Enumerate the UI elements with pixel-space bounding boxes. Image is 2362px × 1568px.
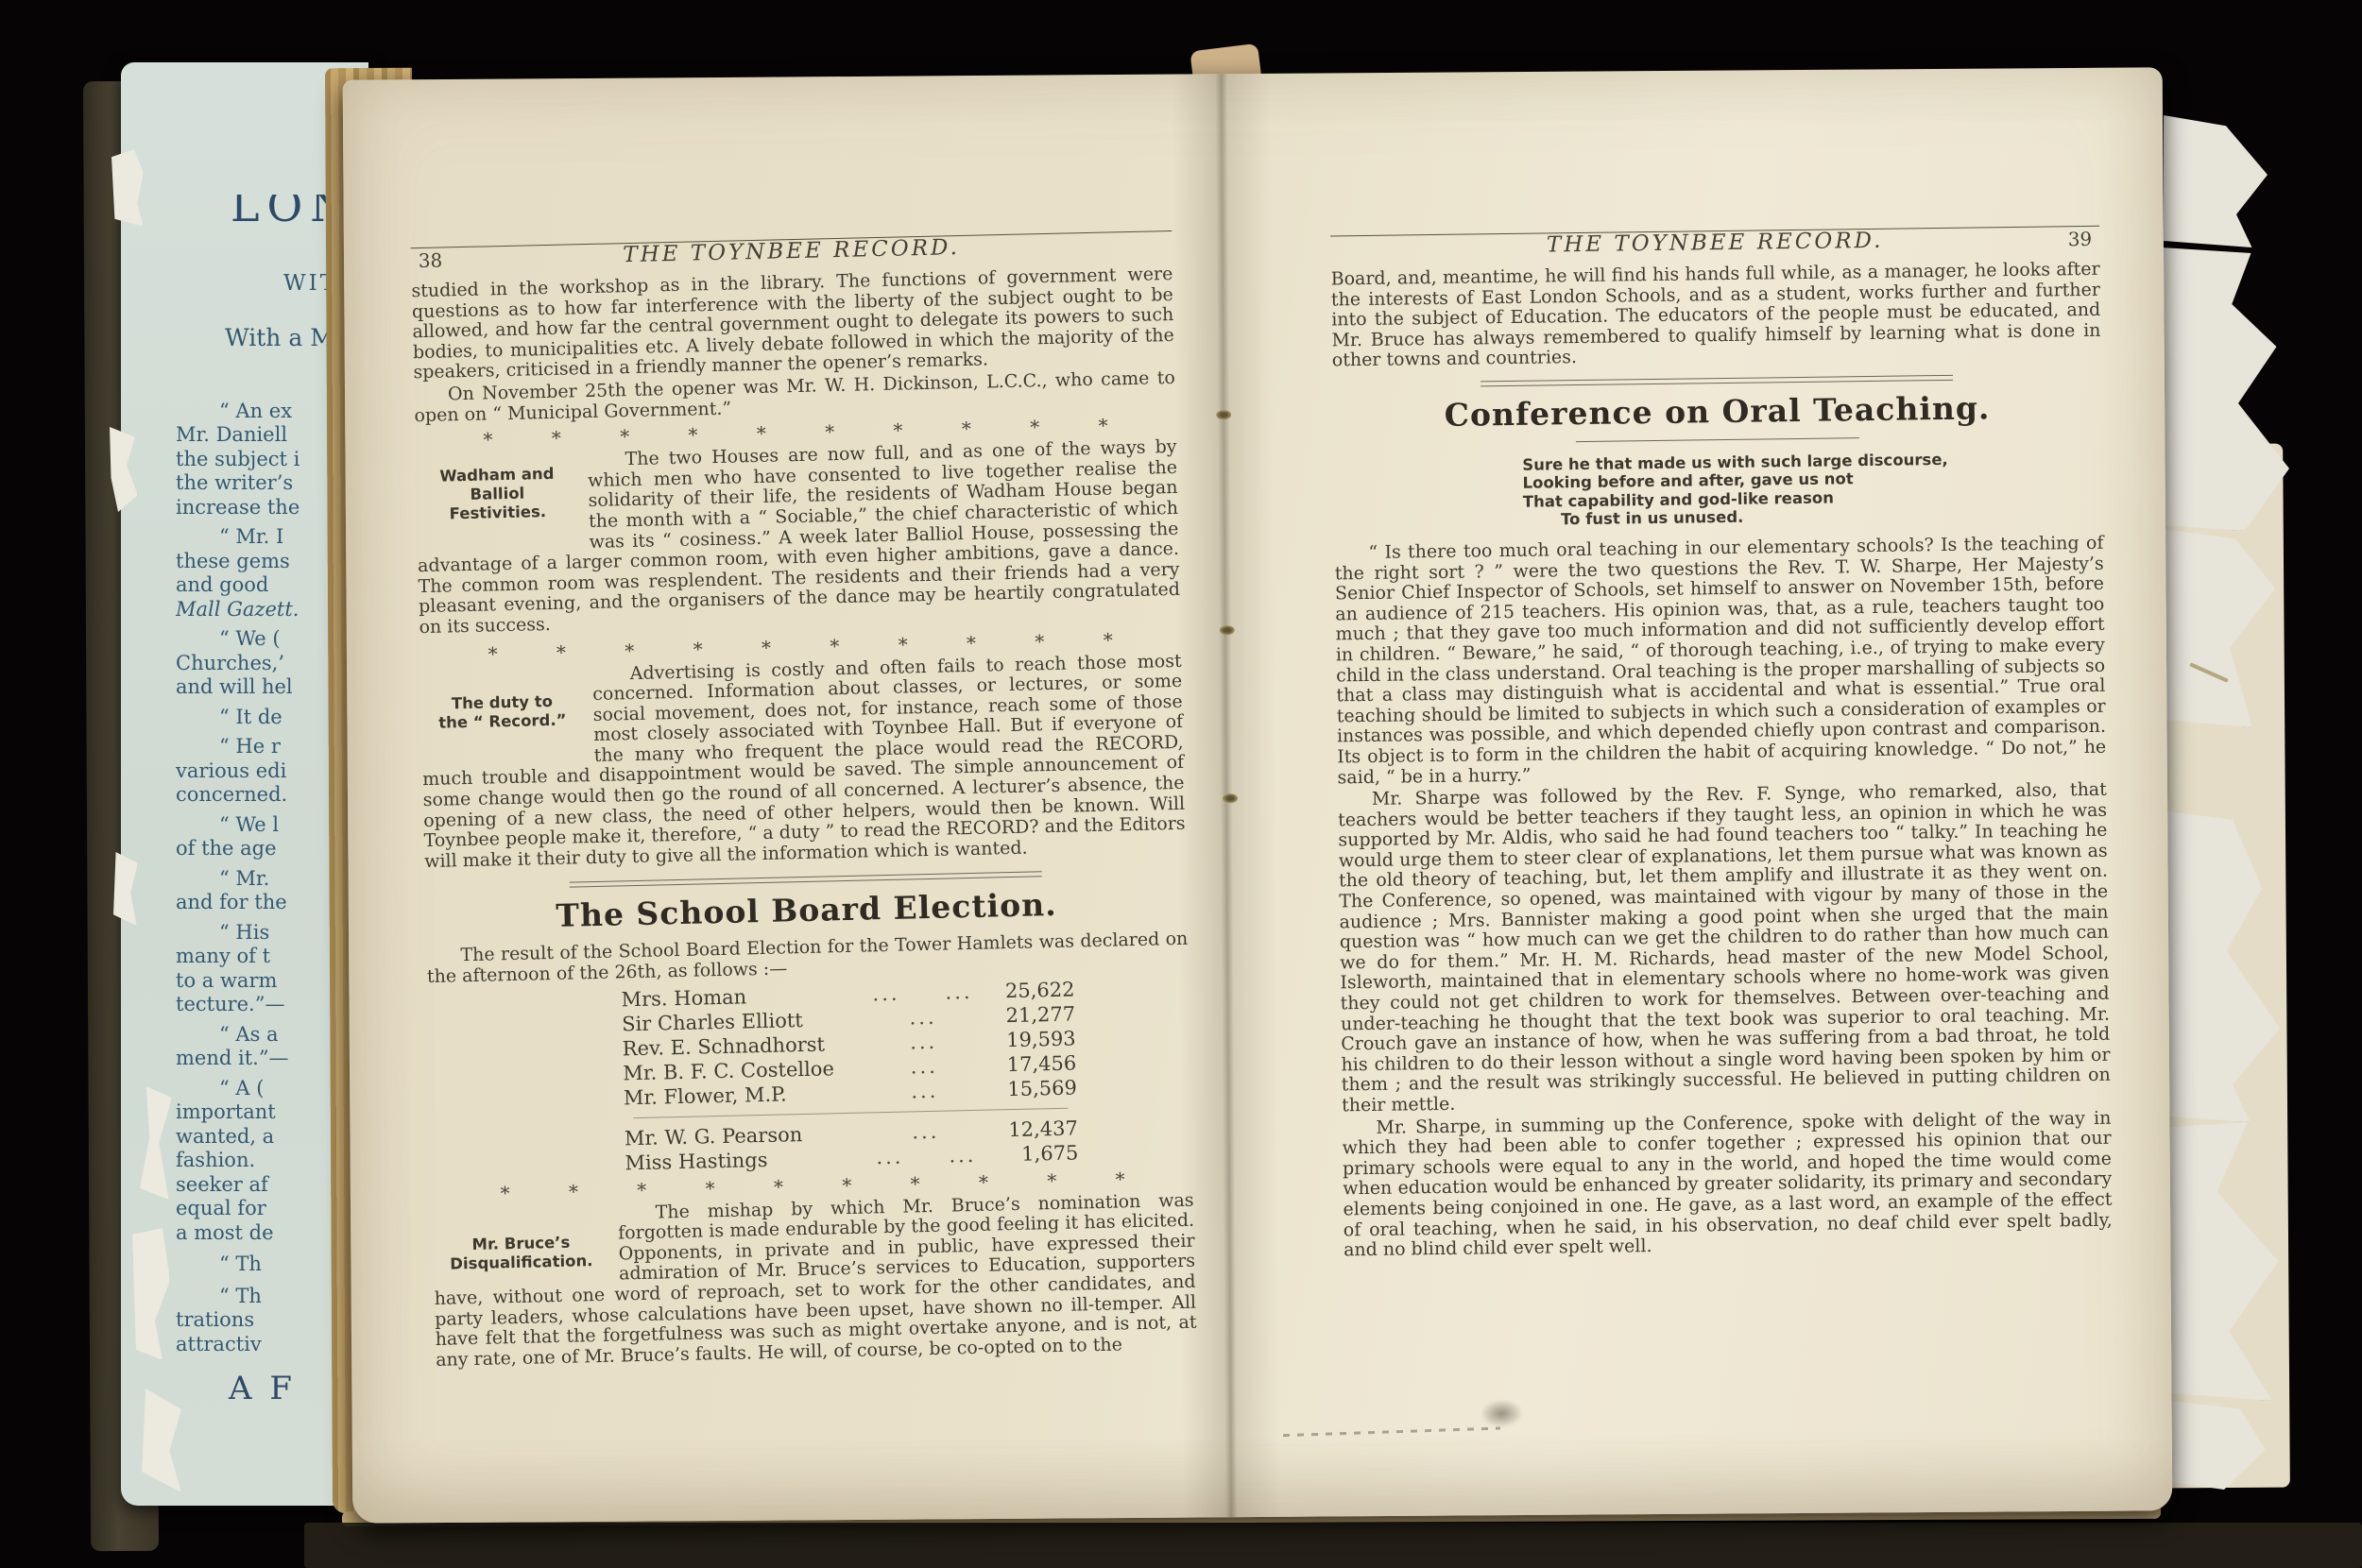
vote-count: 1,675	[991, 1140, 1079, 1167]
stitch-hole	[1223, 793, 1238, 803]
sidehead-line: Wadham and	[416, 464, 578, 486]
dot-leader: ... ...	[861, 1142, 992, 1169]
section-sidehead: Wadham and Balliol Festivities.	[416, 464, 580, 549]
ink-smudge	[1282, 1399, 1524, 1444]
dot-leader: ... ...	[857, 979, 988, 1006]
heading-rule	[1576, 437, 1859, 442]
vote-count: 21,277	[988, 1001, 1076, 1028]
paragraph: Mr. Sharpe was followed by the Rev. F. S…	[1338, 780, 2111, 1116]
torn-paper-scrap	[2164, 115, 2268, 247]
sidehead-line: Festivities.	[417, 502, 579, 524]
vote-count: 25,622	[987, 977, 1075, 1003]
page-number: 39	[2068, 228, 2093, 250]
double-rule-divider	[570, 872, 1042, 888]
running-title: THE TOYNBEE RECORD.	[1330, 226, 2099, 261]
dot-leader: ...	[858, 1003, 989, 1031]
section-sidehead: The duty to the “ Record.”	[420, 678, 585, 756]
book-photo: LON WITH With a Map “ An ex Mr. Daniell …	[0, 0, 2362, 1568]
section-bruce: Mr. Bruce’s Disqualification. The mishap…	[433, 1190, 1198, 1372]
smudge-dashes	[1283, 1427, 1500, 1438]
article-heading: Conference on Oral Teaching.	[1332, 388, 2101, 435]
vote-count: 17,456	[989, 1050, 1077, 1077]
paragraph: studied in the workshop as in the librar…	[411, 264, 1174, 383]
smudge-blob	[1480, 1399, 1524, 1429]
page-38: 38 THE TOYNBEE RECORD. studied in the wo…	[410, 198, 1198, 1374]
section-duty: The duty to the “ Record.” Advertising i…	[420, 651, 1187, 874]
sidehead-line: the “ Record.”	[421, 710, 584, 733]
paragraph: Mr. Sharpe, in summing up the Conference…	[1342, 1108, 2113, 1261]
article-heading: The School Board Election.	[425, 883, 1188, 937]
torn-paper-scrap	[111, 149, 144, 227]
torn-paper-scrap	[2162, 247, 2289, 531]
candidate-name: Mr. Flower, M.P.	[624, 1080, 861, 1110]
section-sidehead: Mr. Bruce’s Disqualification.	[433, 1217, 609, 1279]
candidate-name: Miss Hastings	[625, 1145, 862, 1175]
dot-leader: ...	[858, 1028, 989, 1055]
open-book-spread: 38 THE TOYNBEE RECORD. studied in the wo…	[343, 67, 2173, 1523]
paragraph: Board, and, meantime, he will find his h…	[1331, 260, 2101, 372]
vote-count: 15,569	[990, 1075, 1078, 1101]
stitch-hole	[1216, 410, 1231, 419]
vote-count: 12,437	[991, 1116, 1079, 1142]
paragraph: “ Is there too much oral teaching in our…	[1334, 534, 2106, 789]
sidehead-line: Disqualification.	[434, 1251, 609, 1273]
dot-leader: ...	[861, 1117, 992, 1145]
stitch-hole	[1220, 625, 1235, 635]
dot-leader: ...	[859, 1052, 990, 1080]
bottom-cover-edge	[304, 1523, 2362, 1568]
dot-leader: ...	[860, 1077, 991, 1104]
double-rule-divider	[1481, 375, 1953, 387]
epigraph: Sure he that made us with such large dis…	[1522, 449, 2103, 530]
page-39: THE TOYNBEE RECORD. 39 Board, and, meant…	[1330, 194, 2114, 1263]
vote-count: 19,593	[988, 1026, 1076, 1052]
section-wadham: Wadham and Balliol Festivities. The two …	[415, 437, 1180, 640]
election-results-table: Mrs. Homan ... ... 25,622 Sir Charles El…	[621, 977, 1078, 1175]
